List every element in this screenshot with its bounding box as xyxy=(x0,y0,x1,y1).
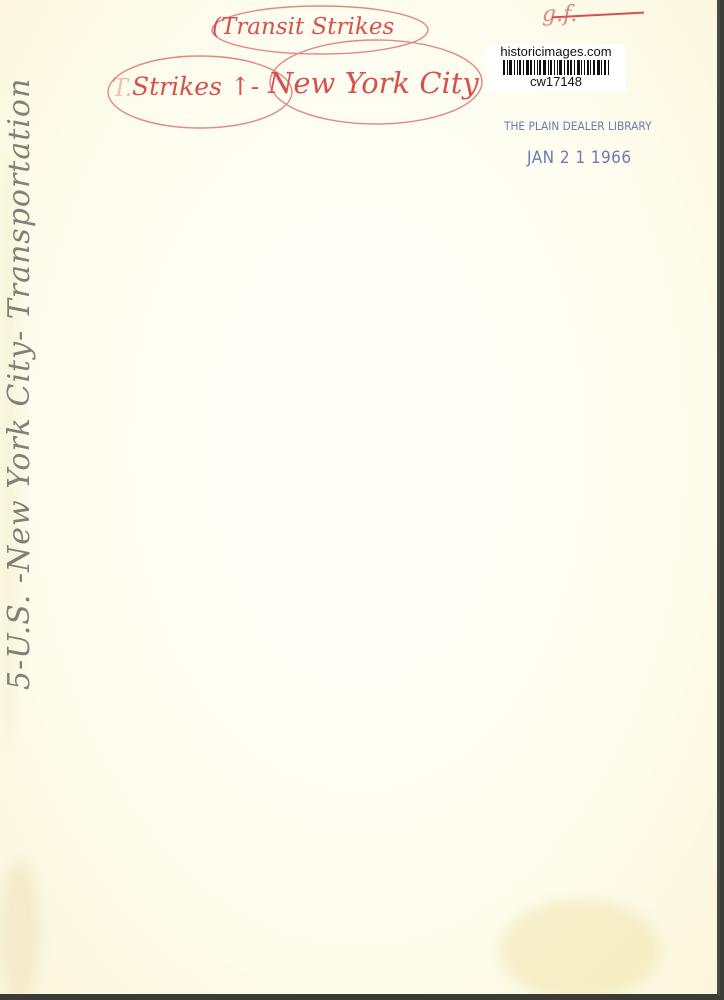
barcode-label: historicimages.com cw17148 xyxy=(486,44,626,90)
red-pencil-annotations: (Transit Strikes T. Strikes ↑- New York … xyxy=(100,0,520,140)
barcode-site: historicimages.com xyxy=(486,44,626,59)
photo-back: (Transit Strikes T. Strikes ↑- New York … xyxy=(0,0,720,997)
barcode-icon xyxy=(503,60,609,75)
handwriting-strikes-word: Strikes xyxy=(132,72,222,101)
handwriting-new-york-city: New York City xyxy=(268,66,479,100)
handwriting-faint: T. xyxy=(112,74,132,102)
barcode-id: cw17148 xyxy=(486,75,626,89)
handwriting-arrow: ↑- xyxy=(230,72,259,101)
library-stamp: THE PLAIN DEALER LIBRARY xyxy=(504,119,652,133)
handwriting-transit-strikes: (Transit Strikes xyxy=(212,14,394,40)
age-stain xyxy=(500,900,660,997)
handwriting-strikes: Strikes ↑- xyxy=(132,72,259,101)
age-stain xyxy=(0,860,40,997)
pencil-vertical-note: 5-U.S. -New York City- Transportation xyxy=(2,78,37,690)
date-stamp: JAN 2 1 1966 xyxy=(527,148,632,168)
